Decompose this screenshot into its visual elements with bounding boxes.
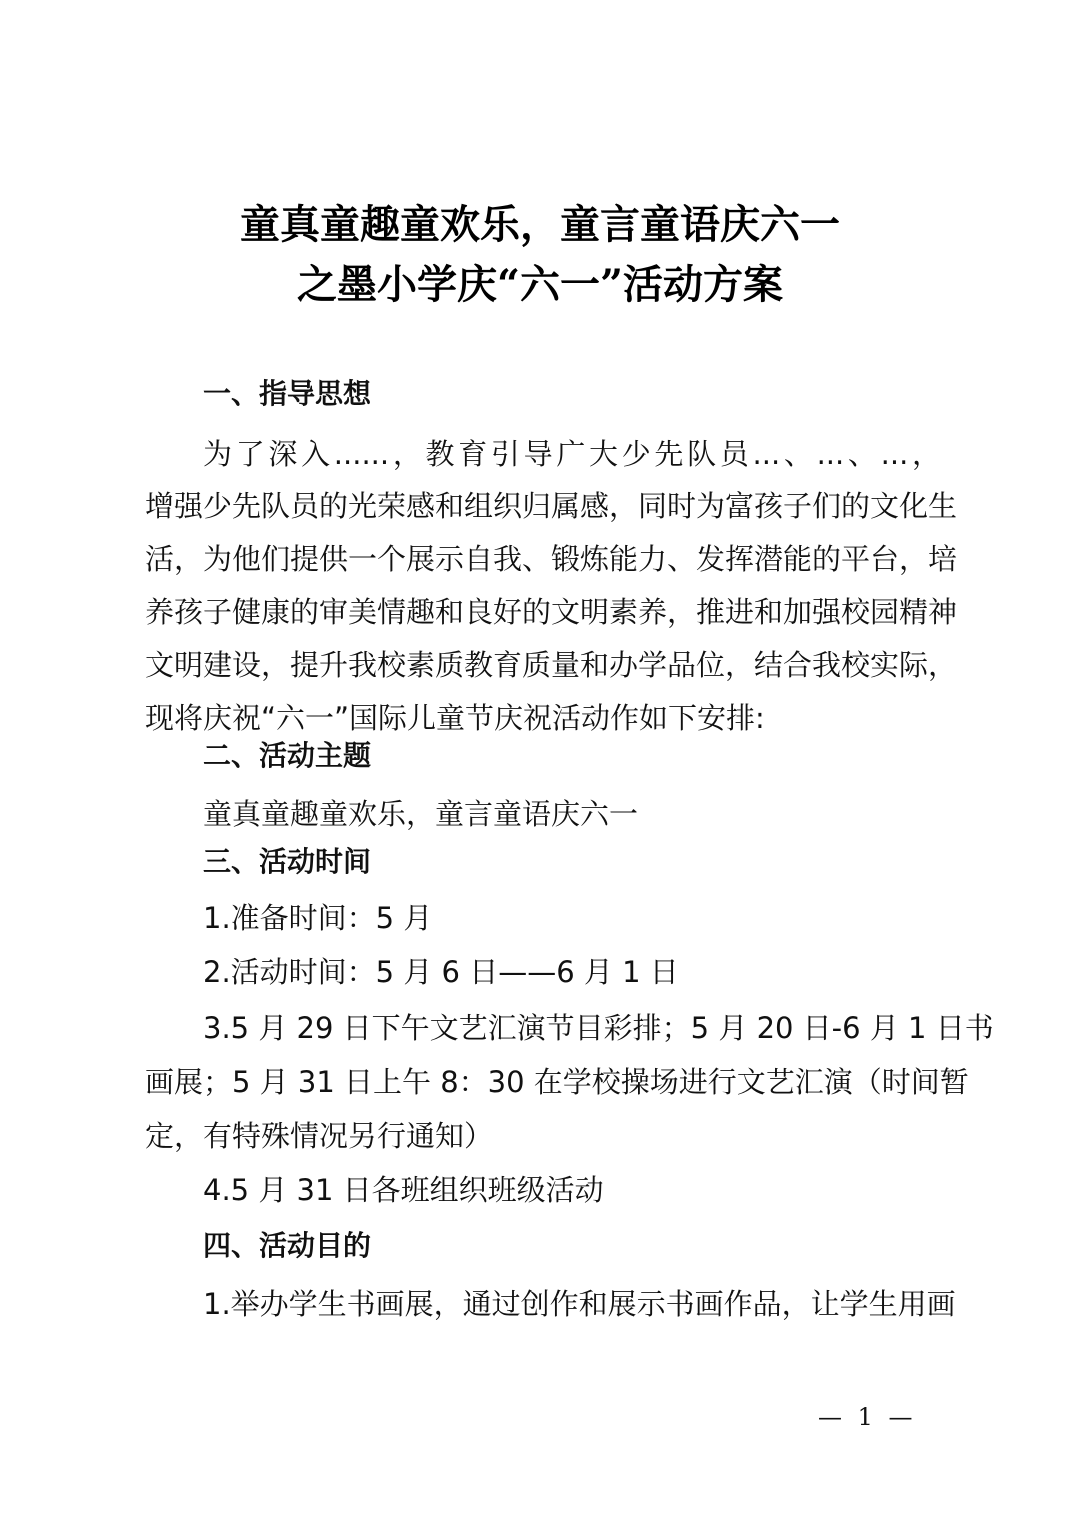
section-heading-guiding-ideology: 一、指导思想 xyxy=(203,380,371,408)
purpose-item-line: 1.举办学生书画展，通过创作和展示书画作品，让学生用画 xyxy=(203,1290,941,1319)
time-item-preparation: 1.准备时间：5 月 xyxy=(203,904,432,933)
document-page: 童真童趣童欢乐，童言童语庆六一 之墨小学庆“六一”活动方案 一、指导思想 为了深… xyxy=(0,0,1080,1527)
paragraph-line: 养孩子健康的审美情趣和良好的文明素养，推进和加强校园精神 xyxy=(145,598,941,627)
paragraph-line: 活，为他们提供一个展示自我、锻炼能力、发挥潜能的平台，培 xyxy=(145,545,941,574)
section-heading-activity-time: 三、活动时间 xyxy=(203,848,371,876)
time-item-activity-period: 2.活动时间：5 月 6 日——6 月 1 日 xyxy=(203,958,679,987)
paragraph-line: 为了深入......，教育引导广大少先队员...、...、...， xyxy=(203,440,941,469)
section-heading-activity-theme: 二、活动主题 xyxy=(203,742,371,770)
page-number: — 1 — xyxy=(818,1403,917,1431)
section-heading-activity-purpose: 四、活动目的 xyxy=(203,1232,371,1260)
document-title-line-2: 之墨小学庆“六一”活动方案 xyxy=(0,265,1080,305)
document-title-line-1: 童真童趣童欢乐，童言童语庆六一 xyxy=(0,205,1080,245)
paragraph-line: 文明建设，提升我校素质教育质量和办学品位，结合我校实际， xyxy=(145,651,941,680)
activity-theme-text: 童真童趣童欢乐，童言童语庆六一 xyxy=(203,800,638,829)
time-item-class-activities: 4.5 月 31 日各班组织班级活动 xyxy=(203,1176,604,1205)
time-item-schedule-line: 定，有特殊情况另行通知） xyxy=(145,1122,493,1151)
paragraph-line: 增强少先队员的光荣感和组织归属感，同时为富孩子们的文化生 xyxy=(145,492,941,521)
paragraph-line: 现将庆祝“六一”国际儿童节庆祝活动作如下安排: xyxy=(145,704,765,733)
time-item-schedule-line: 画展；5 月 31 日上午 8：30 在学校操场进行文艺汇演（时间暂 xyxy=(145,1068,941,1097)
time-item-schedule-line: 3.5 月 29 日下午文艺汇演节目彩排；5 月 20 日-6 月 1 日书 xyxy=(203,1014,941,1043)
